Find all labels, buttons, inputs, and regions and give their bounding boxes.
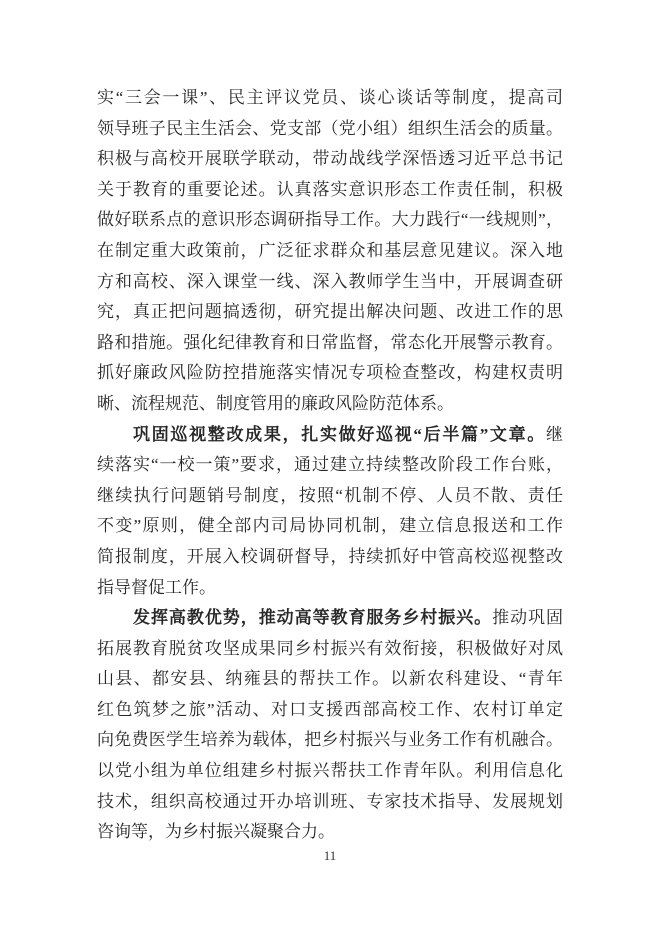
text-line: 咨询等，为乡村振兴凝聚合力。	[97, 817, 563, 848]
text-line: 巩固巡视整改成果，扎实做好巡视“后半篇”文章。继	[97, 420, 563, 451]
bold-text-run: 发挥高教优势，推动高等教育服务乡村振兴。	[133, 608, 492, 627]
text-run: 推动巩固	[492, 608, 563, 627]
text-line: 拓展教育脱贫攻坚成果同乡村振兴有效衔接，积极做好对凤	[97, 634, 563, 665]
text-line: 究，真正把问题搞透彻，研究提出解决问题、改进工作的思	[97, 297, 563, 328]
text-line: 方和高校、深入课堂一线、深入教师学生当中，开展调查研	[97, 267, 563, 298]
text-line: 续落实“一校一策”要求，通过建立持续整改阶段工作台账，	[97, 450, 563, 481]
text-line: 路和措施。强化纪律教育和日常监督，常态化开展警示教育。	[97, 328, 563, 359]
text-line: 关于教育的重要论述。认真落实意识形态工作责任制，积极	[97, 175, 563, 206]
text-line: 积极与高校开展联学联动，带动战线学深悟透习近平总书记	[97, 144, 563, 175]
text-run: 红色筑梦之旅”活动、对口支援西部高校工作、农村订单定	[97, 700, 563, 719]
text-run: 续落实“一校一策”要求，通过建立持续整改阶段工作台账，	[97, 455, 563, 474]
text-run: 关于教育的重要论述。认真落实意识形态工作责任制，积极	[97, 180, 563, 199]
text-run: 简报制度，开展入校调研督导，持续抓好中管高校巡视整改	[97, 547, 563, 566]
text-run: 方和高校、深入课堂一线、深入教师学生当中，开展调查研	[97, 272, 563, 291]
text-line: 红色筑梦之旅”活动、对口支援西部高校工作、农村订单定	[97, 695, 563, 726]
text-line: 领导班子民主生活会、党支部（党小组）组织生活会的质量。	[97, 114, 563, 145]
text-run: 指导督促工作。	[97, 578, 216, 597]
text-run: 究，真正把问题搞透彻，研究提出解决问题、改进工作的思	[97, 302, 563, 321]
document-page: 实“三会一课”、民主评议党员、谈心谈话等制度，提高司领导班子民主生活会、党支部（…	[0, 0, 660, 934]
text-line: 抓好廉政风险防控措施落实情况专项检查整改，构建权责明	[97, 358, 563, 389]
text-run: 路和措施。强化纪律教育和日常监督，常态化开展警示教育。	[97, 333, 563, 352]
bold-text-run: 巩固巡视整改成果，扎实做好巡视“后半篇”文章。	[133, 425, 546, 444]
text-run: 在制定重大政策前，广泛征求群众和基层意见建议。深入地	[97, 241, 563, 260]
text-line: 简报制度，开展入校调研督导，持续抓好中管高校巡视整改	[97, 542, 563, 573]
text-run: 继	[546, 425, 563, 444]
text-line: 继续执行问题销号制度，按照“机制不停、人员不散、责任	[97, 481, 563, 512]
text-line: 向免费医学生培养为载体，把乡村振兴与业务工作有机融合。	[97, 725, 563, 756]
text-run: 以党小组为单位组建乡村振兴帮扶工作青年队。利用信息化	[97, 761, 563, 780]
text-line: 发挥高教优势，推动高等教育服务乡村振兴。推动巩固	[97, 603, 563, 634]
text-line: 不变”原则，健全部内司局协同机制，建立信息报送和工作	[97, 511, 563, 542]
text-run: 技术，组织高校通过开办培训班、专家技术指导、发展规划	[97, 792, 563, 811]
text-line: 以党小组为单位组建乡村振兴帮扶工作青年队。利用信息化	[97, 756, 563, 787]
text-line: 晰、流程规范、制度管用的廉政风险防范体系。	[97, 389, 563, 420]
text-run: 领导班子民主生活会、党支部（党小组）组织生活会的质量。	[97, 119, 563, 138]
text-run: 实“三会一课”、民主评议党员、谈心谈话等制度，提高司	[97, 88, 563, 107]
body-text: 实“三会一课”、民主评议党员、谈心谈话等制度，提高司领导班子民主生活会、党支部（…	[97, 83, 563, 848]
text-run: 晰、流程规范、制度管用的廉政风险防范体系。	[97, 394, 454, 413]
text-run: 不变”原则，健全部内司局协同机制，建立信息报送和工作	[97, 516, 563, 535]
text-line: 实“三会一课”、民主评议党员、谈心谈话等制度，提高司	[97, 83, 563, 114]
text-line: 在制定重大政策前，广泛征求群众和基层意见建议。深入地	[97, 236, 563, 267]
text-line: 指导督促工作。	[97, 573, 563, 604]
text-run: 咨询等，为乡村振兴凝聚合力。	[97, 822, 335, 841]
text-line: 做好联系点的意识形态调研指导工作。大力践行“一线规则”，	[97, 205, 563, 236]
text-run: 向免费医学生培养为载体，把乡村振兴与业务工作有机融合。	[97, 730, 563, 749]
text-run: 拓展教育脱贫攻坚成果同乡村振兴有效衔接，积极做好对凤	[97, 639, 563, 658]
text-run: 山县、都安县、纳雍县的帮扶工作。以新农科建设、“青年	[97, 669, 563, 688]
text-line: 山县、都安县、纳雍县的帮扶工作。以新农科建设、“青年	[97, 664, 563, 695]
text-run: 继续执行问题销号制度，按照“机制不停、人员不散、责任	[97, 486, 563, 505]
text-run: 抓好廉政风险防控措施落实情况专项检查整改，构建权责明	[97, 363, 563, 382]
text-run: 做好联系点的意识形态调研指导工作。大力践行“一线规则”，	[97, 210, 563, 229]
text-run: 积极与高校开展联学联动，带动战线学深悟透习近平总书记	[97, 149, 563, 168]
text-line: 技术，组织高校通过开办培训班、专家技术指导、发展规划	[97, 787, 563, 818]
page-number: 11	[0, 847, 660, 864]
